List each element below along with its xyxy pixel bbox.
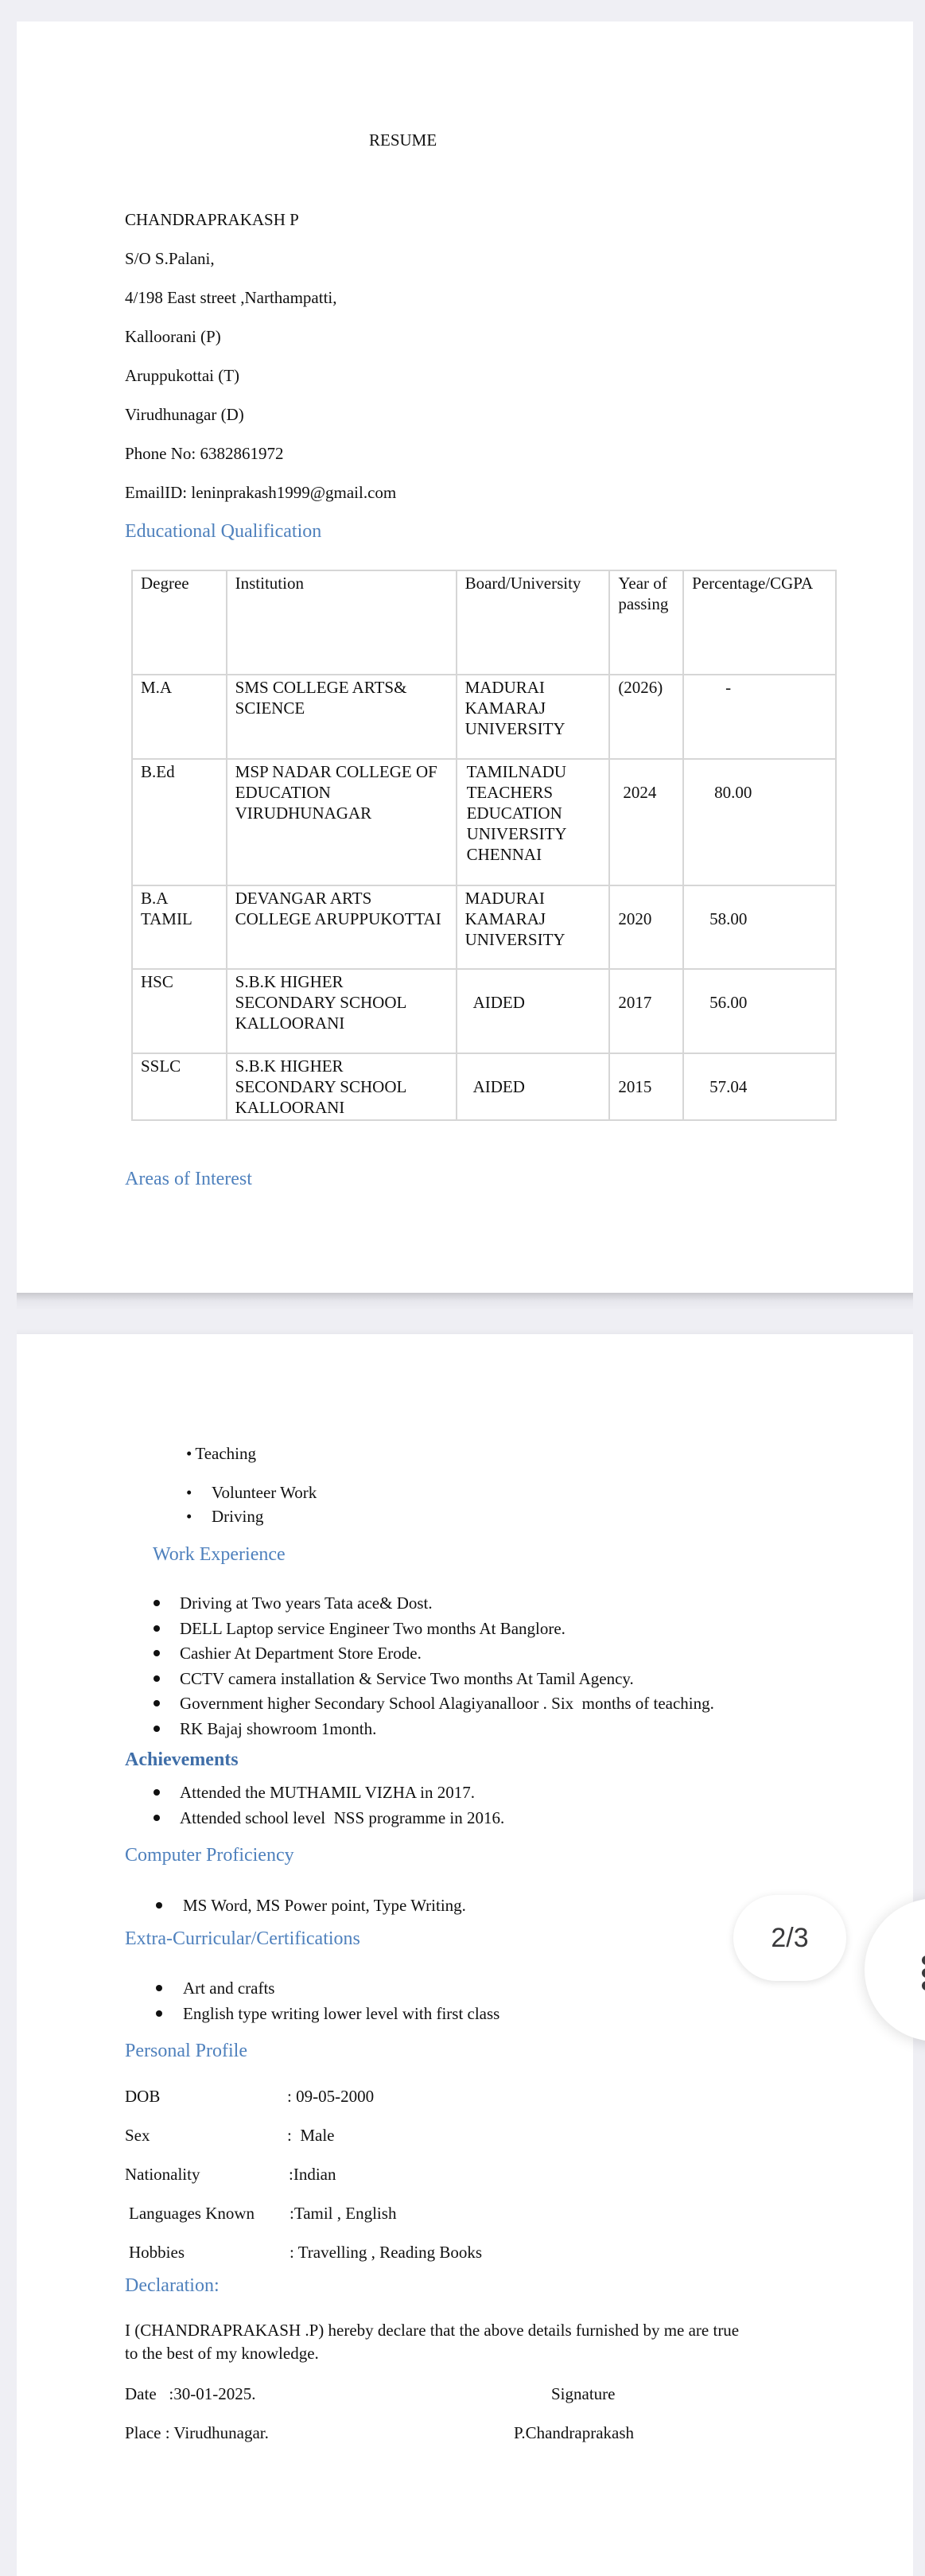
score-cell: 57.04	[683, 1053, 836, 1120]
list-item-text: English type writing lower level with fi…	[183, 2004, 499, 2023]
profile-value: :Tamil , English	[290, 2203, 396, 2224]
list-item: Attended the MUTHAMIL VIZHA in 2017.	[154, 1782, 475, 1803]
board-cell: TAMILNADU TEACHERS EDUCATION UNIVERSITY …	[457, 759, 610, 885]
bullet-icon	[154, 1600, 160, 1606]
bullet-icon	[154, 1789, 160, 1796]
year-cell: 2015	[609, 1053, 683, 1120]
profile-value: : 09-05-2000	[287, 2086, 374, 2107]
declaration-text: to the best of my knowledge.	[125, 2343, 319, 2364]
page-separator	[17, 1293, 913, 1334]
phone-number: Phone No: 6382861972	[125, 443, 284, 464]
list-item-text: Attended the MUTHAMIL VIZHA in 2017.	[180, 1783, 475, 1802]
column-header: Degree	[132, 570, 227, 675]
list-item-text: RK Bajaj showroom 1month.	[180, 1719, 376, 1738]
declaration-text: I (CHANDRAPRAKASH .P) hereby declare tha…	[125, 2320, 739, 2341]
table-row: SSLC S.B.K HIGHER SECONDARY SCHOOL KALLO…	[132, 1053, 836, 1120]
list-item: Attended school level NSS programme in 2…	[154, 1807, 504, 1828]
profile-label: Languages Known	[129, 2203, 255, 2224]
list-item: Cashier At Department Store Erode.	[154, 1643, 422, 1664]
score-cell: 56.00	[683, 969, 836, 1053]
degree-cell: B.A TAMIL	[132, 885, 227, 969]
signature-name: P.Chandraprakash	[514, 2422, 634, 2443]
board-cell: MADURAI KAMARAJ UNIVERSITY	[457, 885, 610, 969]
list-item-text: Volunteer Work	[212, 1483, 317, 1502]
page-indicator: 2/3	[733, 1895, 846, 1981]
profile-value: : Travelling , Reading Books	[290, 2242, 482, 2263]
list-item-text: Art and crafts	[183, 1979, 274, 1998]
education-heading: Educational Qualification	[125, 519, 321, 543]
list-item-text: CCTV camera installation & Service Two m…	[180, 1669, 634, 1688]
address-line: Aruppukottai (T)	[125, 365, 239, 386]
score-cell: 80.00	[683, 759, 836, 885]
list-item-text: Cashier At Department Store Erode.	[180, 1644, 422, 1663]
year-cell: 2024	[609, 759, 683, 885]
year-cell: (2026)	[609, 675, 683, 759]
list-item: MS Word, MS Power point, Type Writing.	[156, 1895, 466, 1916]
institution-cell: S.B.K HIGHER SECONDARY SCHOOL KALLOORANI	[227, 969, 457, 1053]
institution-cell: SMS COLLEGE ARTS& SCIENCE	[227, 675, 457, 759]
profile-label: Nationality	[125, 2164, 200, 2185]
address-line: Virudhunagar (D)	[125, 404, 244, 425]
address-line: 4/198 East street ,Narthampatti,	[125, 287, 337, 308]
bullet-icon	[154, 1815, 160, 1821]
document-page-1: RESUME CHANDRAPRAKASH P S/O S.Palani, 4/…	[17, 21, 913, 1293]
institution-cell: DEVANGAR ARTS COLLEGE ARUPPUKOTTAI	[227, 885, 457, 969]
degree-cell: B.Ed	[132, 759, 227, 885]
profile-label: DOB	[125, 2086, 160, 2107]
computer-heading: Computer Proficiency	[125, 1843, 294, 1867]
work-heading: Work Experience	[153, 1543, 286, 1566]
education-table: Degree Institution Board/University Year…	[131, 570, 837, 1121]
column-header: Year of passing	[609, 570, 683, 675]
institution-cell: MSP NADAR COLLEGE OF EDUCATION VIRUDHUNA…	[227, 759, 457, 885]
list-item: •Volunteer Work	[186, 1482, 317, 1503]
parent-name: S/O S.Palani,	[125, 248, 215, 269]
column-header: Percentage/CGPA	[683, 570, 836, 675]
profile-heading: Personal Profile	[125, 2039, 247, 2063]
board-cell: AIDED	[457, 969, 610, 1053]
list-item-text: DELL Laptop service Engineer Two months …	[180, 1619, 565, 1638]
list-item-text: Teaching	[195, 1444, 256, 1463]
institution-cell: S.B.K HIGHER SECONDARY SCHOOL KALLOORANI	[227, 1053, 457, 1120]
list-item-text: Government higher Secondary School Alagi…	[180, 1694, 714, 1713]
extra-heading: Extra-Curricular/Certifications	[125, 1927, 360, 1951]
declaration-heading: Declaration:	[125, 2274, 220, 2298]
board-cell: MADURAI KAMARAJ UNIVERSITY	[457, 675, 610, 759]
bullet-icon	[154, 1675, 160, 1682]
declaration-date: Date :30-01-2025.	[125, 2383, 255, 2404]
bullet-icon	[156, 1985, 162, 1991]
candidate-name: CHANDRAPRAKASH P	[125, 209, 299, 230]
list-item: Driving at Two years Tata ace& Dost.	[154, 1593, 433, 1613]
degree-cell: SSLC	[132, 1053, 227, 1120]
table-row: B.Ed MSP NADAR COLLEGE OF EDUCATION VIRU…	[132, 759, 836, 885]
list-item: •Teaching	[186, 1443, 256, 1464]
profile-label: Hobbies	[129, 2242, 185, 2263]
bullet-icon	[156, 1902, 162, 1909]
score-cell: 58.00	[683, 885, 836, 969]
table-header-row: Degree Institution Board/University Year…	[132, 570, 836, 675]
column-header: Institution	[227, 570, 457, 675]
list-item: Art and crafts	[156, 1978, 274, 1998]
email-address: EmailID: leninprakash1999@gmail.com	[125, 482, 396, 503]
list-item-text: Attended school level NSS programme in 2…	[180, 1808, 504, 1827]
resume-title: RESUME	[369, 130, 437, 150]
interests-heading: Areas of Interest	[125, 1167, 252, 1191]
address-line: Kalloorani (P)	[125, 326, 221, 347]
table-row: HSC S.B.K HIGHER SECONDARY SCHOOL KALLOO…	[132, 969, 836, 1053]
list-item-text: MS Word, MS Power point, Type Writing.	[183, 1896, 466, 1915]
signature-label: Signature	[551, 2383, 615, 2404]
degree-cell: M.A	[132, 675, 227, 759]
column-header: Board/University	[457, 570, 610, 675]
bullet-icon	[156, 2010, 162, 2017]
table-row: B.A TAMIL DEVANGAR ARTS COLLEGE ARUPPUKO…	[132, 885, 836, 969]
list-item-text: Driving at Two years Tata ace& Dost.	[180, 1593, 433, 1613]
list-item: RK Bajaj showroom 1month.	[154, 1718, 376, 1739]
profile-value: :Indian	[289, 2164, 336, 2185]
bullet-icon	[154, 1650, 160, 1656]
declaration-place: Place : Virudhunagar.	[125, 2422, 269, 2443]
score-cell: -	[683, 675, 836, 759]
year-cell: 2020	[609, 885, 683, 969]
list-item: Government higher Secondary School Alagi…	[154, 1693, 714, 1714]
list-item-text: Driving	[212, 1507, 263, 1526]
table-row: M.A SMS COLLEGE ARTS& SCIENCE MADURAI KA…	[132, 675, 836, 759]
board-cell: AIDED	[457, 1053, 610, 1120]
profile-label: Sex	[125, 2125, 150, 2146]
bullet-icon	[154, 1700, 160, 1706]
achievements-heading: Achievements	[125, 1748, 239, 1772]
degree-cell: HSC	[132, 969, 227, 1053]
list-item: CCTV camera installation & Service Two m…	[154, 1668, 634, 1689]
bullet-icon	[154, 1726, 160, 1732]
bullet-icon	[154, 1625, 160, 1632]
list-item: DELL Laptop service Engineer Two months …	[154, 1618, 565, 1639]
list-item: English type writing lower level with fi…	[156, 2003, 499, 2024]
profile-value: : Male	[287, 2125, 334, 2146]
list-item: •Driving	[186, 1506, 263, 1527]
year-cell: 2017	[609, 969, 683, 1053]
